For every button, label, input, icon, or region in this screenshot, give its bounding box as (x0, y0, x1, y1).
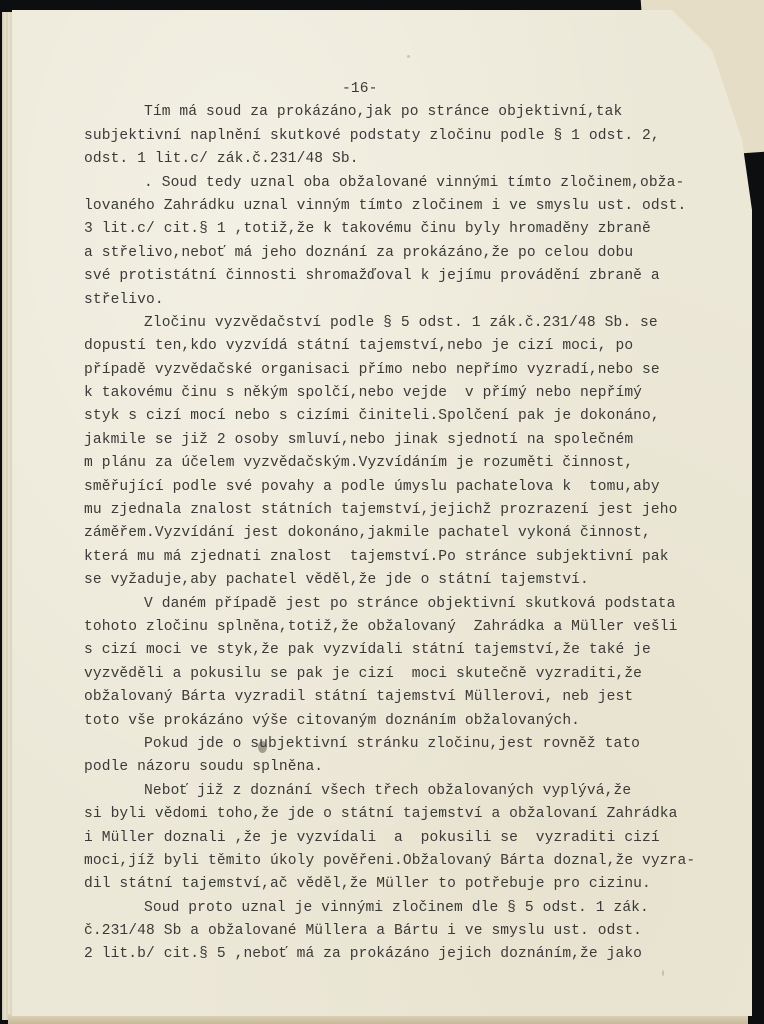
ink-speck (407, 55, 410, 58)
text-line: toto vše prokázáno výše citovaným doznán… (84, 710, 704, 733)
text-line: případě vyzvědačské organisaci přímo neb… (84, 359, 704, 382)
text-line: . Soud tedy uznal oba obžalované vinnými… (84, 172, 704, 195)
text-line: Tím má soud za prokázáno,jak po stránce … (84, 101, 704, 124)
text-line: jakmile se již 2 osoby smluví,nebo jinak… (84, 429, 704, 452)
text-line: lovaného Zahrádku uznal vinným tímto zlo… (84, 195, 704, 218)
page-number: -16- (84, 78, 704, 101)
text-line: a střelivo,neboť má jeho doznání za prok… (84, 242, 704, 265)
text-line: Soud proto uznal je vinnými zločinem dle… (84, 897, 704, 920)
text-line: 2 lit.b/ cit.§ 5 ,neboť má za prokázáno … (84, 943, 704, 966)
text-line: dopustí ten,kdo vyzvídá státní tajemství… (84, 335, 704, 358)
text-line: dil státní tajemství,ač věděl,že Müller … (84, 873, 704, 896)
text-line: s cizí moci ve styk,že pak vyzvídali stá… (84, 639, 704, 662)
text-line: styk s cizí mocí nebo s cizími činiteli.… (84, 405, 704, 428)
text-line: obžalovaný Bárta vyzradil státní tajemst… (84, 686, 704, 709)
text-line: m plánu za účelem vyzvědačským.Vyzvídání… (84, 452, 704, 475)
text-line: k takovému činu s někým spolčí,nebo vejd… (84, 382, 704, 405)
text-line: Zločinu vyzvědačství podle § 5 odst. 1 z… (84, 312, 704, 335)
text-line: odst. 1 lit.c/ zák.č.231/48 Sb. (84, 148, 704, 171)
text-line: č.231/48 Sb a obžalované Müllera a Bártu… (84, 920, 704, 943)
text-line: vyzvěděli a pokusilu se pak je cizí moci… (84, 663, 704, 686)
text-line: Pokud jde o subjektivní stránku zločinu,… (84, 733, 704, 756)
text-line: záměřem.Vyzvídání jest dokonáno,jakmile … (84, 522, 704, 545)
text-line: své protistátní činnosti shromažďoval k … (84, 265, 704, 288)
text-line: i Müller doznali ,že je vyzvídali a poku… (84, 827, 704, 850)
text-line: tohoto zločinu splněna,totiž,že obžalova… (84, 616, 704, 639)
text-line: podle názoru soudu splněna. (84, 756, 704, 779)
text-line: moci,jíž byli těmito úkoly pověřeni.Obža… (84, 850, 704, 873)
text-line: V daném případě jest po stránce objektiv… (84, 593, 704, 616)
ink-speck (662, 970, 664, 976)
text-line: Neboť již z doznání všech třech obžalova… (84, 780, 704, 803)
text-line: která mu má zjednati znalost tajemství.P… (84, 546, 704, 569)
text-line: směřující podle své povahy a podle úmysl… (84, 476, 704, 499)
text-line: mu zjednala znalost státních tajemství,j… (84, 499, 704, 522)
document-body: -16- Tím má soud za prokázáno,jak po str… (84, 78, 704, 967)
text-line: subjektivní naplnění skutkové podstaty z… (84, 125, 704, 148)
text-line: střelivo. (84, 289, 704, 312)
text-line: 3 lit.c/ cit.§ 1 ,totiž,že k takovému či… (84, 218, 704, 241)
text-line: si byli vědomi toho,že jde o státní taje… (84, 803, 704, 826)
text-line: se vyžaduje,aby pachatel věděl,že jde o … (84, 569, 704, 592)
